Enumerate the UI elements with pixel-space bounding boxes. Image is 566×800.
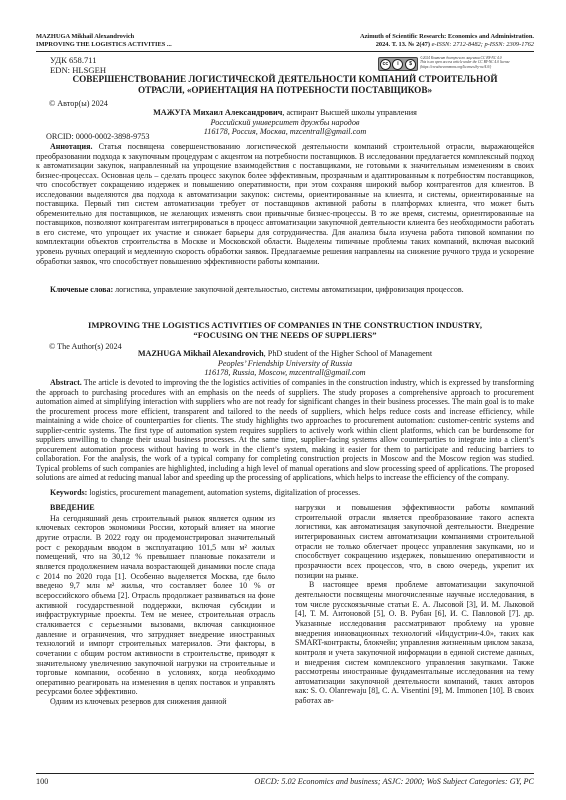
keywords-text-en: logistics, procurement management, autom…	[87, 488, 360, 497]
title-ru-line-1: СОВЕРШЕНСТВОВАНИЕ ЛОГИСТИЧЕСКОЙ ДЕЯТЕЛЬН…	[50, 74, 520, 85]
title-ru-line-2: ОТРАСЛИ, «ОРИЕНТАЦИЯ НА ПОТРЕБНОСТИ ПОСТ…	[50, 85, 520, 96]
author-name-en: MAZHUGA Mikhail Alexandrovich	[138, 349, 264, 358]
abstract-ru: Аннотация. Статья посвящена совершенство…	[36, 142, 534, 266]
author-role-ru: , аспирант Высшей школы управления	[282, 108, 417, 117]
journal-issue: 2024. Т. 13. № 2(47)	[376, 41, 430, 48]
license-url[interactable]: (https://creativecommons.org/licenses/by…	[420, 65, 545, 69]
author-name-ru: МАЖУГА Михаил Александрович	[153, 108, 282, 117]
affiliation-en: Peoples’ Friendship University of Russia	[36, 359, 534, 369]
abstract-text-en: The article is devoted to improving the …	[36, 378, 534, 482]
cc-license-badge[interactable]: cc i $	[378, 57, 418, 71]
license-block: cc i $ ©2024 Контент доступен по лицензи…	[378, 56, 543, 70]
running-header-left: MAZHUGA Mikhail Alexandrovich IMPROVING …	[36, 33, 172, 48]
body-text: нагрузки и повышения эффективности работ…	[295, 503, 534, 580]
abstract-en: Abstract. The article is devoted to impr…	[36, 378, 534, 483]
abstract-text-ru: Статья посвящена совершенствованию логис…	[36, 142, 534, 266]
keywords-ru: Ключевые слова: логистика, управление за…	[36, 285, 534, 295]
body-paragraph: На сегодняшний день строительный рынок я…	[36, 514, 275, 697]
running-header-right: Azimuth of Scientific Research: Economic…	[360, 33, 534, 48]
header-divider	[36, 51, 534, 52]
author-block-en: MAZHUGA Mikhail Alexandrovich, PhD stude…	[36, 349, 534, 378]
subject-classification: OECD: 5.02 Economics and business; ASJC:…	[254, 777, 534, 786]
body-text: В настоящее время проблеме автоматизации…	[295, 580, 534, 705]
nc-noncommercial-icon: $	[405, 59, 416, 70]
keywords-label-ru: Ключевые слова:	[50, 285, 113, 294]
footer-divider	[36, 773, 534, 774]
article-meta: УДК 658.711 EDN: HLSGEH	[50, 55, 106, 75]
body-column-right: нагрузки и повышения эффективности работ…	[295, 503, 534, 706]
running-title: IMPROVING THE LOGISTICS ACTIVITIES ...	[36, 41, 172, 49]
author-line-ru: МАЖУГА Михаил Александрович, аспирант Вы…	[36, 108, 534, 118]
body-text: Одним из ключевых резервов для снижения …	[50, 697, 226, 706]
license-text: ©2024 Контент доступен по лицензии CC BY…	[420, 56, 545, 69]
orcid: ORCID: 0000-0002-3898-9753	[46, 132, 149, 141]
title-en-line-1: IMPROVING THE LOGISTICS ACTIVITIES OF CO…	[50, 320, 520, 330]
abstract-label-ru: Аннотация.	[50, 142, 92, 151]
body-column-left: ВВЕДЕНИЕ На сегодняшний день строительны…	[36, 503, 275, 707]
article-title-ru: СОВЕРШЕНСТВОВАНИЕ ЛОГИСТИЧЕСКОЙ ДЕЯТЕЛЬН…	[50, 74, 520, 96]
cc-icon: cc	[380, 59, 391, 70]
author-role-en: , PhD student of the Higher School of Ma…	[264, 349, 433, 358]
journal-issue-line: 2024. Т. 13. № 2(47) e-ISSN: 2712-8482; …	[360, 41, 534, 49]
abstract-label-en: Abstract.	[50, 378, 82, 387]
title-en-line-2: “FOCUSING ON THE NEEDS OF SUPPLIERS”	[50, 330, 520, 340]
udk-code: УДК 658.711	[50, 55, 106, 65]
journal-issn: e-ISSN: 2712-8482; p-ISSN: 2309-1762	[432, 41, 534, 48]
address-en: 116178, Russia, Moscow, mzcentrall@gmail…	[36, 368, 534, 378]
body-paragraph: нагрузки и повышения эффективности работ…	[295, 503, 534, 580]
keywords-en: Keywords: logistics, procurement managem…	[36, 488, 534, 498]
by-attribution-icon: i	[392, 59, 403, 70]
running-author: MAZHUGA Mikhail Alexandrovich	[36, 33, 172, 41]
body-paragraph: В настоящее время проблеме автоматизации…	[295, 580, 534, 706]
body-text: На сегодняшний день строительный рынок я…	[36, 514, 275, 697]
author-line-en: MAZHUGA Mikhail Alexandrovich, PhD stude…	[36, 349, 534, 359]
keywords-label-en: Keywords:	[50, 488, 87, 497]
journal-name: Azimuth of Scientific Research: Economic…	[360, 33, 534, 41]
body-paragraph: Одним из ключевых резервов для снижения …	[36, 697, 275, 707]
article-title-en: IMPROVING THE LOGISTICS ACTIVITIES OF CO…	[50, 320, 520, 340]
section-heading-introduction: ВВЕДЕНИЕ	[36, 503, 275, 513]
affiliation-ru: Российский университет дружбы народов	[36, 118, 534, 128]
keywords-text-ru: логистика, управление закупочной деятель…	[113, 285, 464, 294]
copyright-ru: © Автор(ы) 2024	[49, 99, 108, 108]
page-number: 100	[36, 777, 48, 786]
